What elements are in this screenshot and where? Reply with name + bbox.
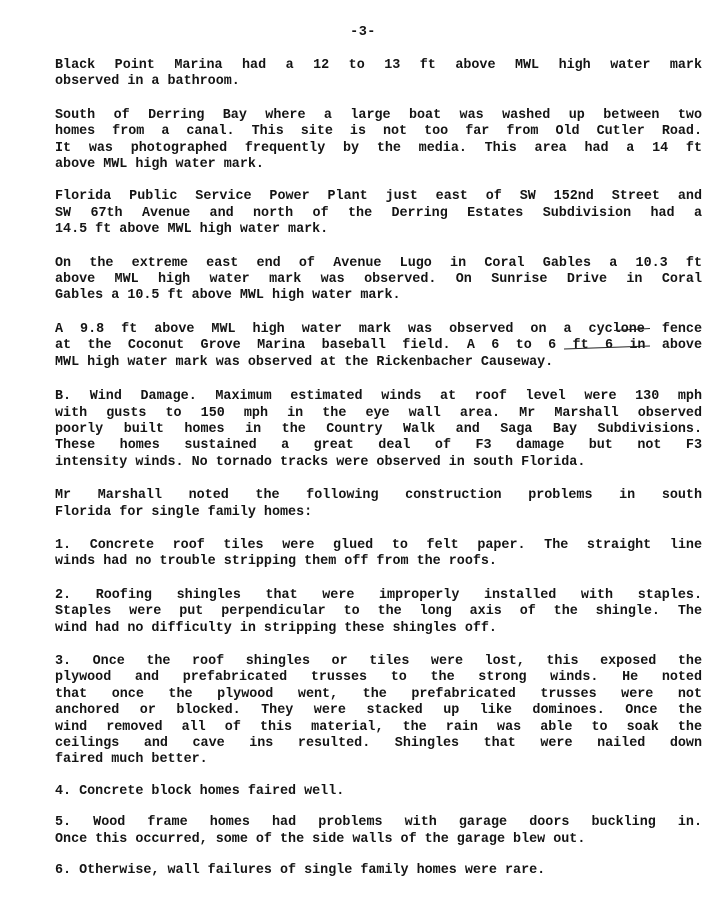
- text-line: winds had no trouble stripping them off …: [55, 554, 702, 570]
- text-line: with gusts to 150 mph in the eye wall ar…: [55, 406, 702, 422]
- text-line: Florida Public Service Power Plant just …: [55, 189, 702, 205]
- text-line: These homes sustained a great deal of F3…: [55, 438, 702, 454]
- text-line: B. Wind Damage. Maximum estimated winds …: [55, 389, 702, 405]
- paragraph-item-1: 1. Concrete roof tiles were glued to fel…: [55, 538, 702, 571]
- text-line: 1. Concrete roof tiles were glued to fel…: [55, 538, 702, 554]
- paragraph-wind-damage: B. Wind Damage. Maximum estimated winds …: [55, 389, 702, 471]
- text-line: SW 67th Avenue and north of the Derring …: [55, 206, 702, 222]
- paragraph-item-2: 2. Roofing shingles that were improperly…: [55, 588, 702, 637]
- text-line: It was photographed frequently by the me…: [55, 141, 702, 157]
- text-line: 6. Otherwise, wall failures of single fa…: [55, 863, 702, 879]
- text-line: On the extreme east end of Avenue Lugo i…: [55, 256, 702, 272]
- text-line: poorly built homes in the Country Walk a…: [55, 422, 702, 438]
- text-line: intensity winds. No tornado tracks were …: [55, 455, 702, 471]
- text-line: Once this occurred, some of the side wal…: [55, 832, 702, 848]
- text-line: plywood and prefabricated trusses to the…: [55, 670, 702, 686]
- text-line: ceilings and cave ins resulted. Shingles…: [55, 736, 702, 752]
- text-line: MWL high water mark was observed at the …: [55, 355, 702, 371]
- paragraph-item-4: 4. Concrete block homes faired well.: [55, 784, 702, 800]
- paragraph-coral-gables: On the extreme east end of Avenue Lugo i…: [55, 256, 702, 305]
- text-line: 5. Wood frame homes had problems with ga…: [55, 815, 702, 831]
- document-body: Black Point Marina had a 12 to 13 ft abo…: [55, 58, 702, 895]
- text-line: 3. Once the roof shingles or tiles were …: [55, 654, 702, 670]
- text-line: South of Derring Bay where a large boat …: [55, 108, 702, 124]
- paragraph-item-6: 6. Otherwise, wall failures of single fa…: [55, 863, 702, 879]
- text-line: Mr Marshall noted the following construc…: [55, 488, 702, 504]
- text-line: that once the plywood went, the prefabri…: [55, 687, 702, 703]
- text-line: Staples were put perpendicular to the lo…: [55, 604, 702, 620]
- text-line: Gables a 10.5 ft above MWL high water ma…: [55, 288, 702, 304]
- text-line: anchored or blocked. They were stacked u…: [55, 703, 702, 719]
- text-line: observed in a bathroom.: [55, 74, 702, 90]
- text-line: homes from a canal. This site is not too…: [55, 124, 702, 140]
- text-line: faired much better.: [55, 752, 702, 768]
- text-line: Florida for single family homes:: [55, 505, 702, 521]
- paragraph-black-point-marina: Black Point Marina had a 12 to 13 ft abo…: [55, 58, 702, 91]
- text-line: 4. Concrete block homes faired well.: [55, 784, 702, 800]
- text-line: wind removed all of this material, the r…: [55, 720, 702, 736]
- paragraph-item-3: 3. Once the roof shingles or tiles were …: [55, 654, 702, 769]
- paragraph-construction-intro: Mr Marshall noted the following construc…: [55, 488, 702, 521]
- paragraph-item-5: 5. Wood frame homes had problems with ga…: [55, 815, 702, 848]
- text-line: wind had no difficulty in stripping thes…: [55, 621, 702, 637]
- text-line: 2. Roofing shingles that were improperly…: [55, 588, 702, 604]
- paragraph-fpl-power-plant: Florida Public Service Power Plant just …: [55, 189, 702, 238]
- text-line: above MWL high water mark.: [55, 157, 702, 173]
- page-number: -3-: [0, 25, 726, 40]
- text-line: 14.5 ft above MWL high water mark.: [55, 222, 702, 238]
- text-line: above MWL high water mark was observed. …: [55, 272, 702, 288]
- text-line: A 9.8 ft above MWL high water mark was o…: [55, 322, 702, 338]
- paragraph-south-of-derring-bay: South of Derring Bay where a large boat …: [55, 108, 702, 174]
- text-line: Black Point Marina had a 12 to 13 ft abo…: [55, 58, 702, 74]
